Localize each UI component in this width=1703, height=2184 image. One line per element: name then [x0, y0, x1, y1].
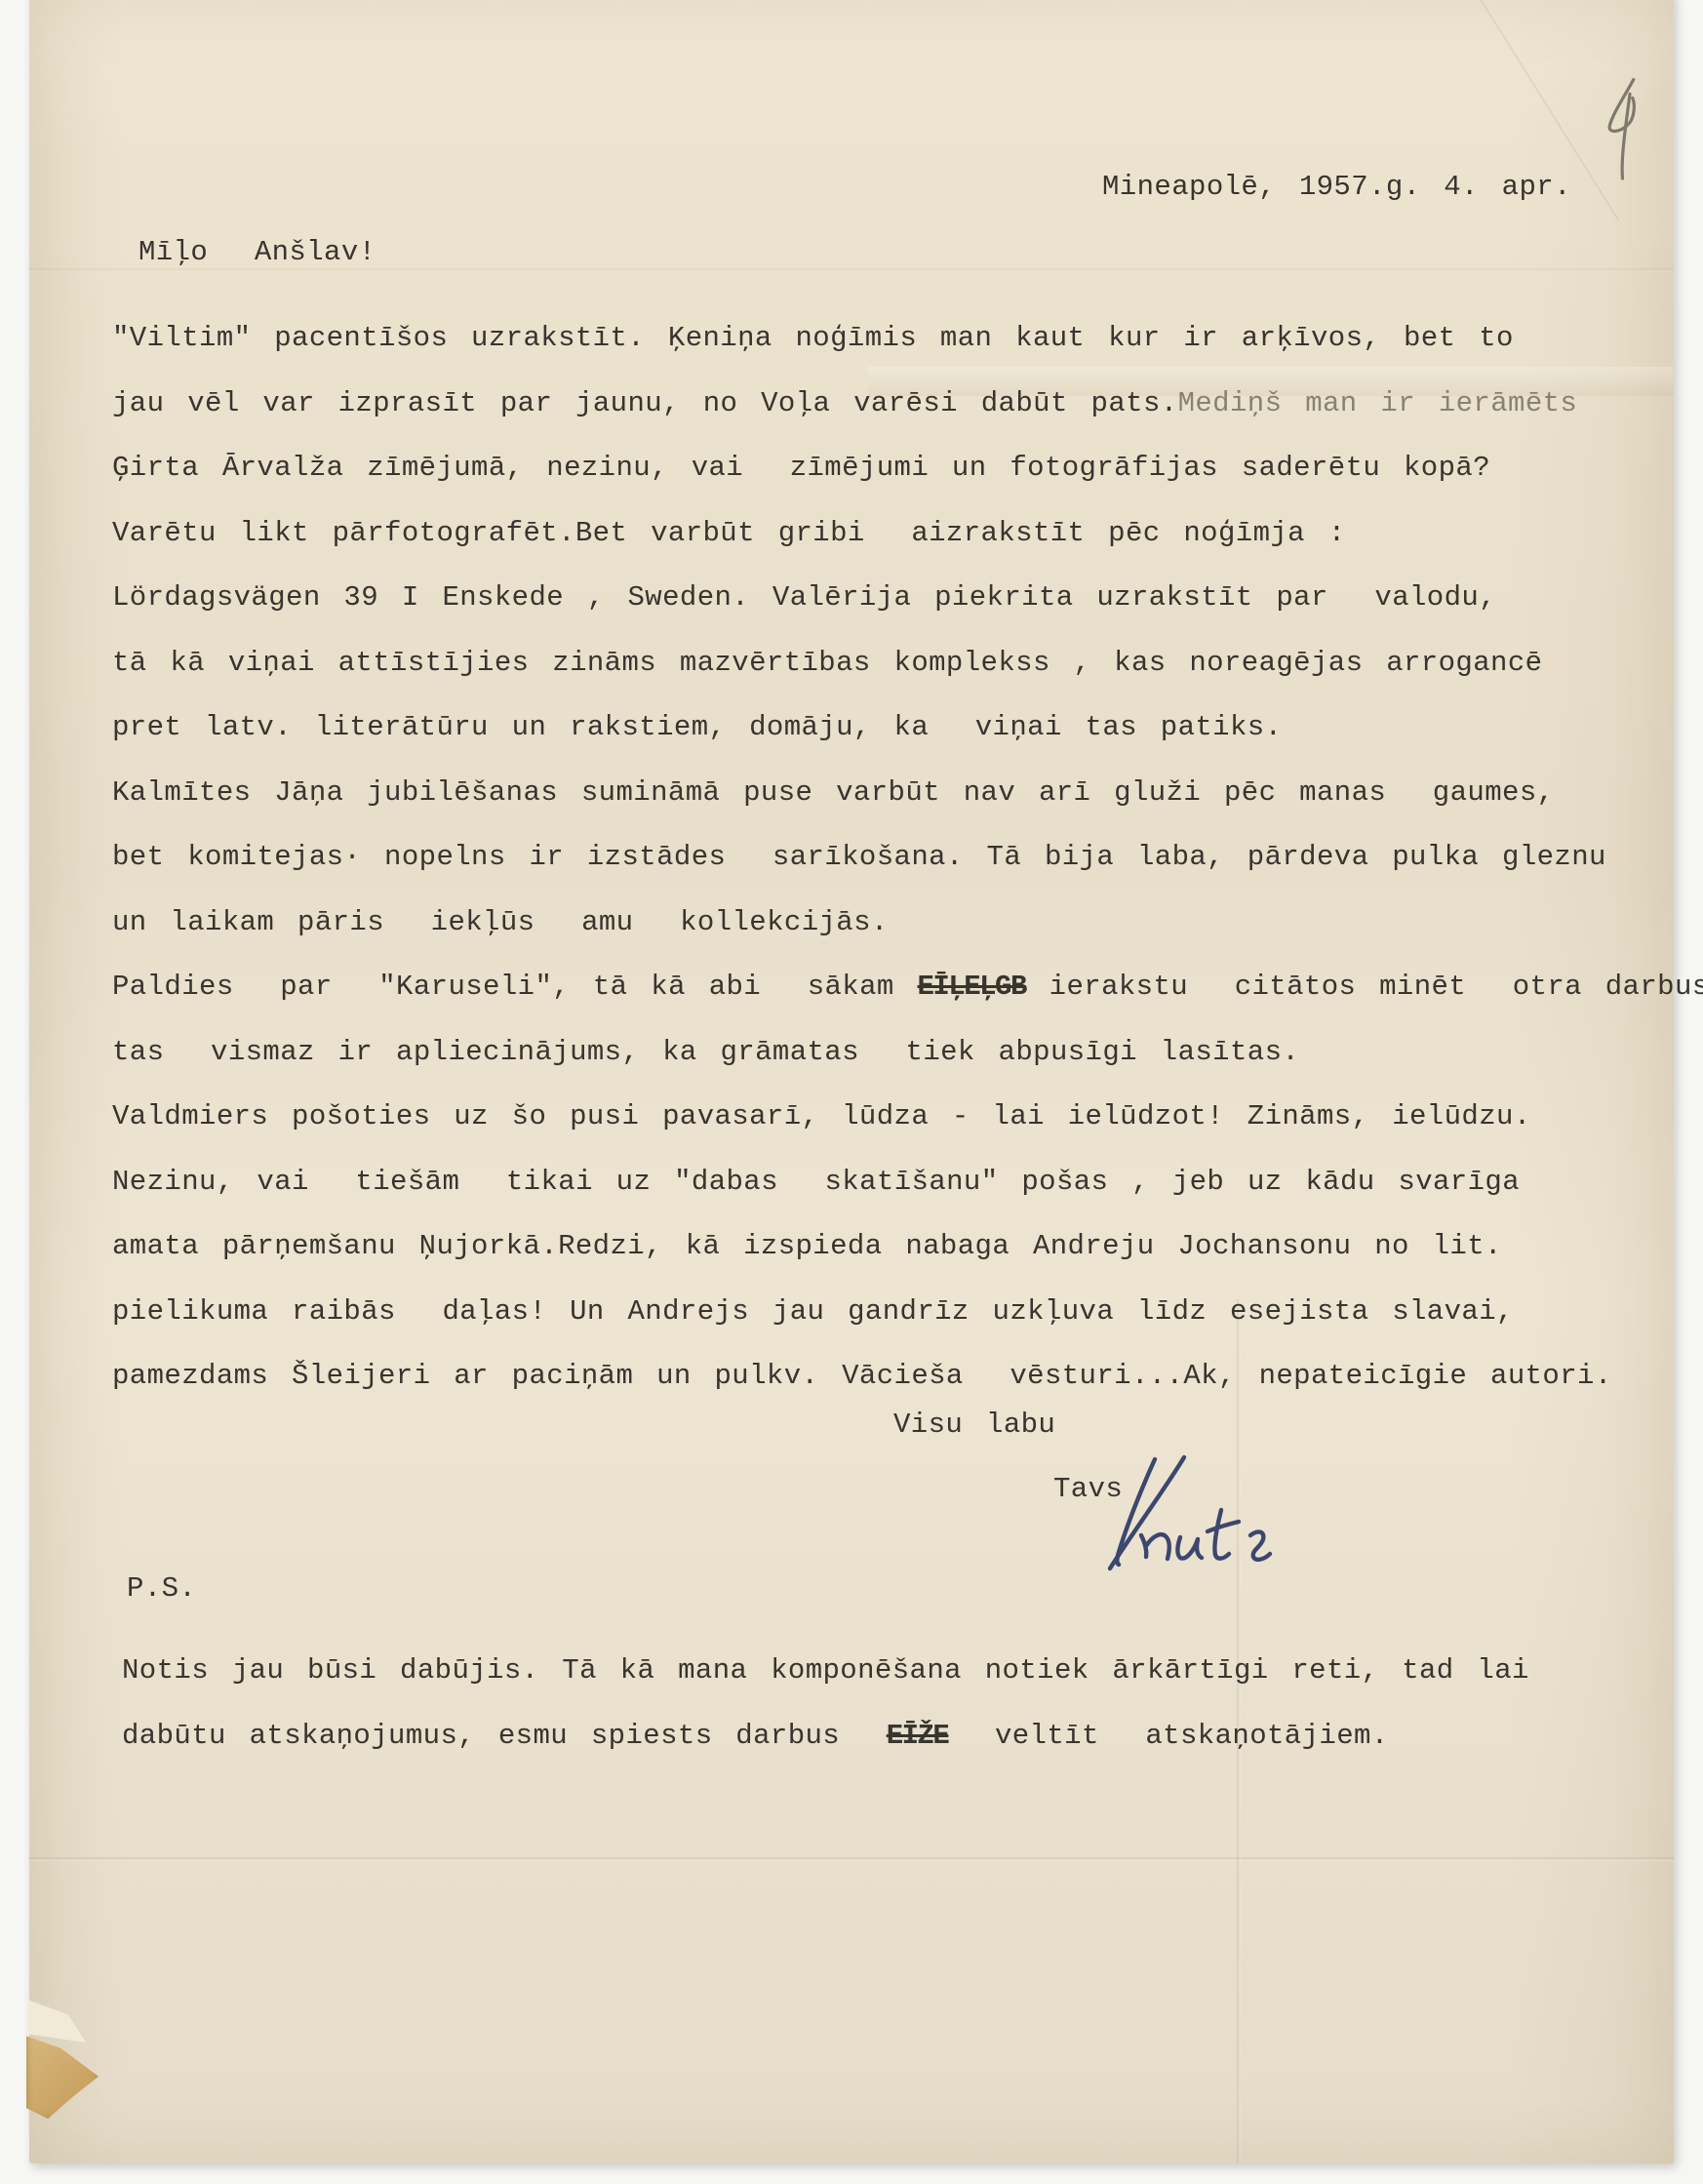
letter-line: Ģirta Ārvalža zīmējumā, nezinu, vai zīmē… — [112, 436, 1703, 501]
line-text: dabūtu atskaņojumus, esmu spiests darbus — [122, 1720, 887, 1752]
line-text: veltīt atskaņotājiem. — [948, 1720, 1388, 1752]
line-text: "Viltim" pacentīšos uzrakstīt. Ķeniņa no… — [112, 322, 1514, 354]
line-text: tā kā viņai attīstījies zināms mazvērtīb… — [112, 647, 1542, 679]
page-number-pencil-annotation — [1599, 73, 1647, 189]
line-text: amata pārņemšanu Ņujorkā.Redzi, kā izspi… — [112, 1230, 1502, 1262]
line-text: pret latv. literātūru un rakstiem, domāj… — [112, 711, 1282, 743]
letter-line: jau vēl var izprasīt par jaunu, no Voļa … — [112, 372, 1703, 437]
letter-line: Lördagsvägen 39 I Enskede , Sweden. Valē… — [112, 566, 1703, 631]
letter-page: Mineapolē, 1957.g. 4. apr. Mīļo Anšlav! … — [29, 0, 1674, 2164]
scan-background: Mineapolē, 1957.g. 4. apr. Mīļo Anšlav! … — [0, 0, 1703, 2184]
letter-line: un laikam pāris iekļūs amu kollekcijās. — [112, 891, 1703, 956]
letter-line: dabūtu atskaņojumus, esmu spiests darbus… — [122, 1704, 1529, 1769]
letter-line: amata pārņemšanu Ņujorkā.Redzi, kā izspi… — [112, 1214, 1703, 1280]
line-text: Lördagsvägen 39 I Enskede , Sweden. Valē… — [112, 581, 1496, 614]
letter-line: Kalmītes Jāņa jubilēšanas sumināmā puse … — [112, 761, 1703, 826]
line-text: Valdmiers pošoties uz šo pusi pavasarī, … — [112, 1100, 1531, 1132]
letter-line: Varētu likt pārfotografēt.Bet varbūt gri… — [112, 501, 1703, 567]
letter-line: Nezinu, vai tiešām tikai uz "dabas skatī… — [112, 1150, 1703, 1215]
letter-body: "Viltim" pacentīšos uzrakstīt. Ķeniņa no… — [112, 306, 1703, 1410]
letter-line: bet komitejas· nopelns ir izstādes sarīk… — [112, 825, 1703, 891]
line-text: bet komitejas· nopelns ir izstādes sarīk… — [112, 841, 1606, 873]
line-text: Nezinu, vai tiešām tikai uz "dabas skatī… — [112, 1166, 1520, 1198]
line-text: jau vēl var izprasīt par jaunu, no Voļa … — [112, 387, 1178, 419]
line-text: Paldies par "Karuseli", tā kā abi sākam — [112, 971, 918, 1003]
letter-line: "Viltim" pacentīšos uzrakstīt. Ķeniņa no… — [112, 306, 1703, 372]
closing-phrase: Visu labu — [893, 1409, 1055, 1441]
pencil-four-glyph — [1599, 73, 1647, 184]
line-text: Ģirta Ārvalža zīmējumā, nezinu, vai zīmē… — [112, 452, 1490, 484]
line-text: Notis jau būsi dabūjis. Tā kā mana kompo… — [122, 1654, 1529, 1687]
line-text: Varētu likt pārfotografēt.Bet varbūt gri… — [112, 517, 1346, 549]
postscript-label: P.S. — [127, 1572, 196, 1605]
fold-line-horizontal-lower — [29, 1857, 1674, 1861]
dateline: Mineapolē, 1957.g. 4. apr. — [1102, 171, 1571, 203]
line-text: un laikam pāris iekļūs amu kollekcijās. — [112, 906, 889, 938]
paper-tear-lip — [27, 2000, 86, 2043]
line-text: tas vismaz ir apliecinājums, ka grāmatas… — [112, 1036, 1299, 1068]
line-text: ierakstu citātos minēt otra darbus, — [1026, 971, 1703, 1003]
fold-line-horizontal-upper — [29, 268, 1674, 272]
line-text: pamezdams Šleijeri ar paciņām un pulkv. … — [112, 1360, 1612, 1392]
letter-line: tā kā viņai attīstījies zināms mazvērtīb… — [112, 631, 1703, 696]
struck-out-text: EĪĻEĻGB — [918, 971, 1026, 1003]
letter-line: pamezdams Šleijeri ar paciņām un pulkv. … — [112, 1344, 1703, 1410]
line-text: pielikuma raibās daļas! Un Andrejs jau g… — [112, 1295, 1514, 1328]
letter-line: Valdmiers pošoties uz šo pusi pavasarī, … — [112, 1085, 1703, 1150]
salutation: Mīļo Anšlav! — [139, 236, 376, 268]
letter-line: pret latv. literātūru un rakstiem, domāj… — [112, 695, 1703, 761]
line-text: Kalmītes Jāņa jubilēšanas sumināmā puse … — [112, 776, 1554, 809]
faded-text: Mediņš man ir ierāmēts — [1178, 387, 1578, 419]
struck-out-text: EĪŽE — [887, 1720, 949, 1752]
letter-line: tas vismaz ir apliecinājums, ka grāmatas… — [112, 1020, 1703, 1086]
paper-tear — [26, 2031, 99, 2119]
handwritten-signature-knuts — [1090, 1451, 1300, 1588]
postscript-body: Notis jau būsi dabūjis. Tā kā mana kompo… — [122, 1639, 1529, 1768]
letter-line: pielikuma raibās daļas! Un Andrejs jau g… — [112, 1280, 1703, 1345]
letter-line: Paldies par "Karuseli", tā kā abi sākam … — [112, 955, 1703, 1020]
letter-line: Notis jau būsi dabūjis. Tā kā mana kompo… — [122, 1639, 1529, 1704]
